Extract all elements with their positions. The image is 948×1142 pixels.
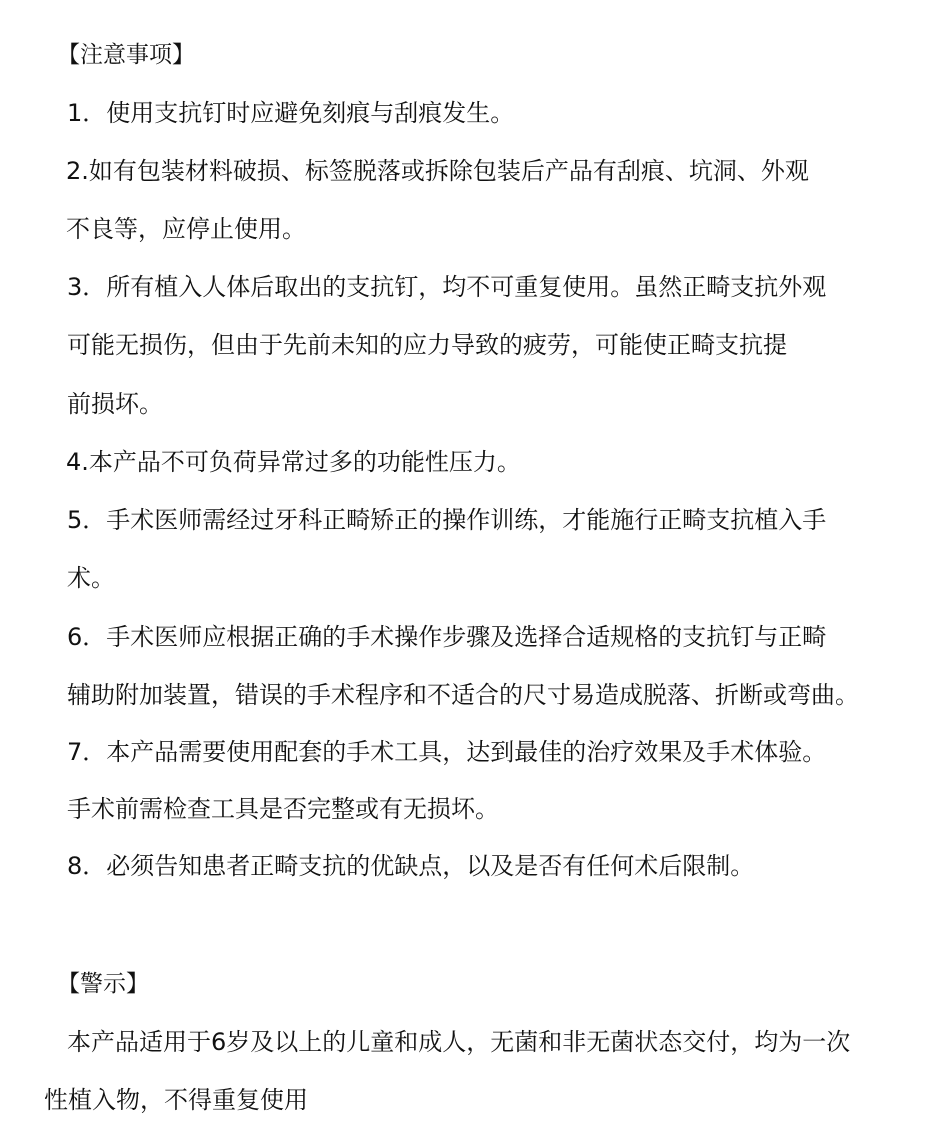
precaution-item-7-cont: 手术前需检查工具是否完整或有无损坏。 <box>67 794 499 824</box>
precaution-item-3-cont-1: 可能无损伤，但由于先前未知的应力导致的疲劳，可能使正畸支抗提 <box>67 330 787 360</box>
precaution-item-2: 2.如有包装材料破损、标签脱落或拆除包装后产品有刮痕、坑洞、外观 <box>66 156 809 186</box>
precaution-item-3-cont-2: 前损坏。 <box>67 389 163 419</box>
precaution-item-6-cont: 辅助附加装置，错误的手术程序和不适合的尺寸易造成脱落、折断或弯曲。 <box>67 680 859 710</box>
precaution-item-5-cont: 术。 <box>67 563 115 593</box>
precaution-item-8: 8．必须告知患者正畸支抗的优缺点，以及是否有任何术后限制。 <box>67 851 754 881</box>
warning-heading: 【警示】 <box>57 969 149 999</box>
precaution-item-6: 6．手术医师应根据正确的手术操作步骤及选择合适规格的支抗钉与正畸 <box>67 622 826 652</box>
warning-text-line-2: 性植入物，不得重复使用 <box>44 1085 308 1115</box>
precaution-item-7: 7．本产品需要使用配套的手术工具，达到最佳的治疗效果及手术体验。 <box>67 737 826 767</box>
precaution-item-4: 4.本产品不可负荷异常过多的功能性压力。 <box>66 447 521 477</box>
precaution-item-1: 1．使用支抗钉时应避免刻痕与刮痕发生。 <box>67 98 514 128</box>
precaution-item-5: 5．手术医师需经过牙科正畸矫正的操作训练，才能施行正畸支抗植入手 <box>67 505 826 535</box>
precautions-heading: 【注意事项】 <box>57 40 195 70</box>
precaution-item-3: 3．所有植入人体后取出的支抗钉，均不可重复使用。虽然正畸支抗外观 <box>67 272 826 302</box>
precaution-item-2-cont: 不良等，应停止使用。 <box>66 214 306 244</box>
instruction-document: 【注意事项】 1．使用支抗钉时应避免刻痕与刮痕发生。 2.如有包装材料破损、标签… <box>0 0 948 1142</box>
warning-text-line-1: 本产品适用于6岁及以上的儿童和成人，无菌和非无菌状态交付，均为一次 <box>67 1027 850 1057</box>
